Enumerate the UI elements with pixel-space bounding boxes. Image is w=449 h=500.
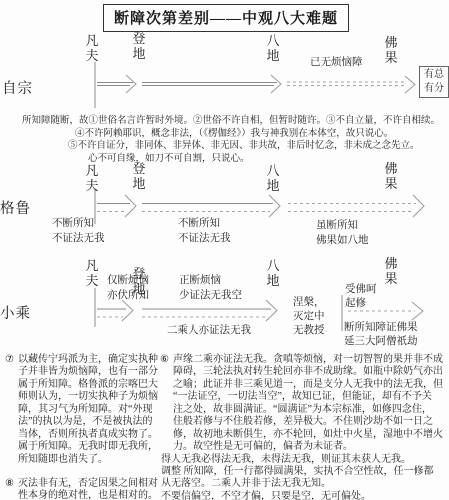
footnote-8-marker: ⑧ [5, 478, 14, 490]
footnote-wide-notes: 得人无我必得法无我，未得法无我，则证其未获人无我。 调整 所知障，任一行都得圆满… [161, 454, 449, 500]
stage-foguo-s3: 佛 果 [383, 256, 399, 286]
endbox-youzong-youfen: 有总 有分 [419, 66, 449, 98]
stage-dengdi-s2: 登 地 [131, 161, 147, 191]
stage-foguo-s1: 佛 果 [383, 35, 399, 65]
zizong-note-4: 心不可自缘，如刀不可自割，只说心。 [88, 150, 250, 164]
xiaosheng-exhort: 受佛呵 起修 [345, 283, 377, 311]
xiaosheng-final: 断所知障证佛果 延三大阿僧祇劫 [344, 321, 418, 349]
stage-fanfu-s1: 凡 夫 [84, 33, 100, 63]
footnote-8-text: 灭法非有无，否定因果之间相对 性本身的绝对性，也是相对的。 [18, 478, 164, 500]
gelu-seg2-label: 不断所知 不证法无我 [178, 217, 231, 246]
stage-badi-s1: 八 地 [265, 33, 281, 63]
stage-fanfu-s2: 凡 夫 [84, 163, 100, 193]
footnote-7-text: 以藏传宁玛派为主，确定实执种 子并非皆为烦恼障，也有一部分 属于所知障。格鲁派的… [18, 354, 164, 466]
footnote-7-marker: ⑦ [5, 354, 14, 366]
stage-badi-s3: 八 地 [265, 258, 281, 288]
stage-badi-s2: 八 地 [265, 163, 281, 193]
footnote-6-marker: ⑥ [160, 354, 169, 366]
diagram-page: 断障次第差别——中观八大难题 自宗 凡 夫 登 地 八 地 佛 果 已无烦恼障 … [0, 0, 449, 500]
gelu-seg1-label: 不断所知 不证法无我 [52, 217, 105, 246]
gelu-seg3-label: 虽断所知 佛果如八地 [316, 219, 369, 248]
stage-foguo-s2: 佛 果 [383, 161, 399, 191]
label-no-klesha: 已无烦恼障 [310, 56, 363, 71]
row-label-gelu: 格鲁 [0, 197, 31, 218]
xiaosheng-seg1-above: 仅断烦恼 亦伏所知 [107, 274, 149, 303]
footnote-6-text: 声缘二乘亦证法无我。贪嗔等烦恼，对一切智智的果并非不成 障碍，三轮法执对转生轮回… [173, 354, 447, 454]
xiaosheng-seg2-below: 二乘人亦证法无我 [167, 324, 251, 339]
row-label-zizong: 自宗 [2, 77, 33, 98]
xiaosheng-nirvana: 涅槃， 灭定中 无教授 [293, 296, 325, 338]
stage-fanfu-s3: 凡 夫 [84, 258, 100, 288]
row-label-xiaosheng: 小乘 [0, 302, 31, 323]
xiaosheng-seg2-above: 正断烦恼 少证法无我空 [179, 274, 242, 303]
stage-dengdi-s1: 登 地 [131, 31, 147, 61]
page-title: 断障次第差别——中观八大难题 [103, 4, 349, 32]
